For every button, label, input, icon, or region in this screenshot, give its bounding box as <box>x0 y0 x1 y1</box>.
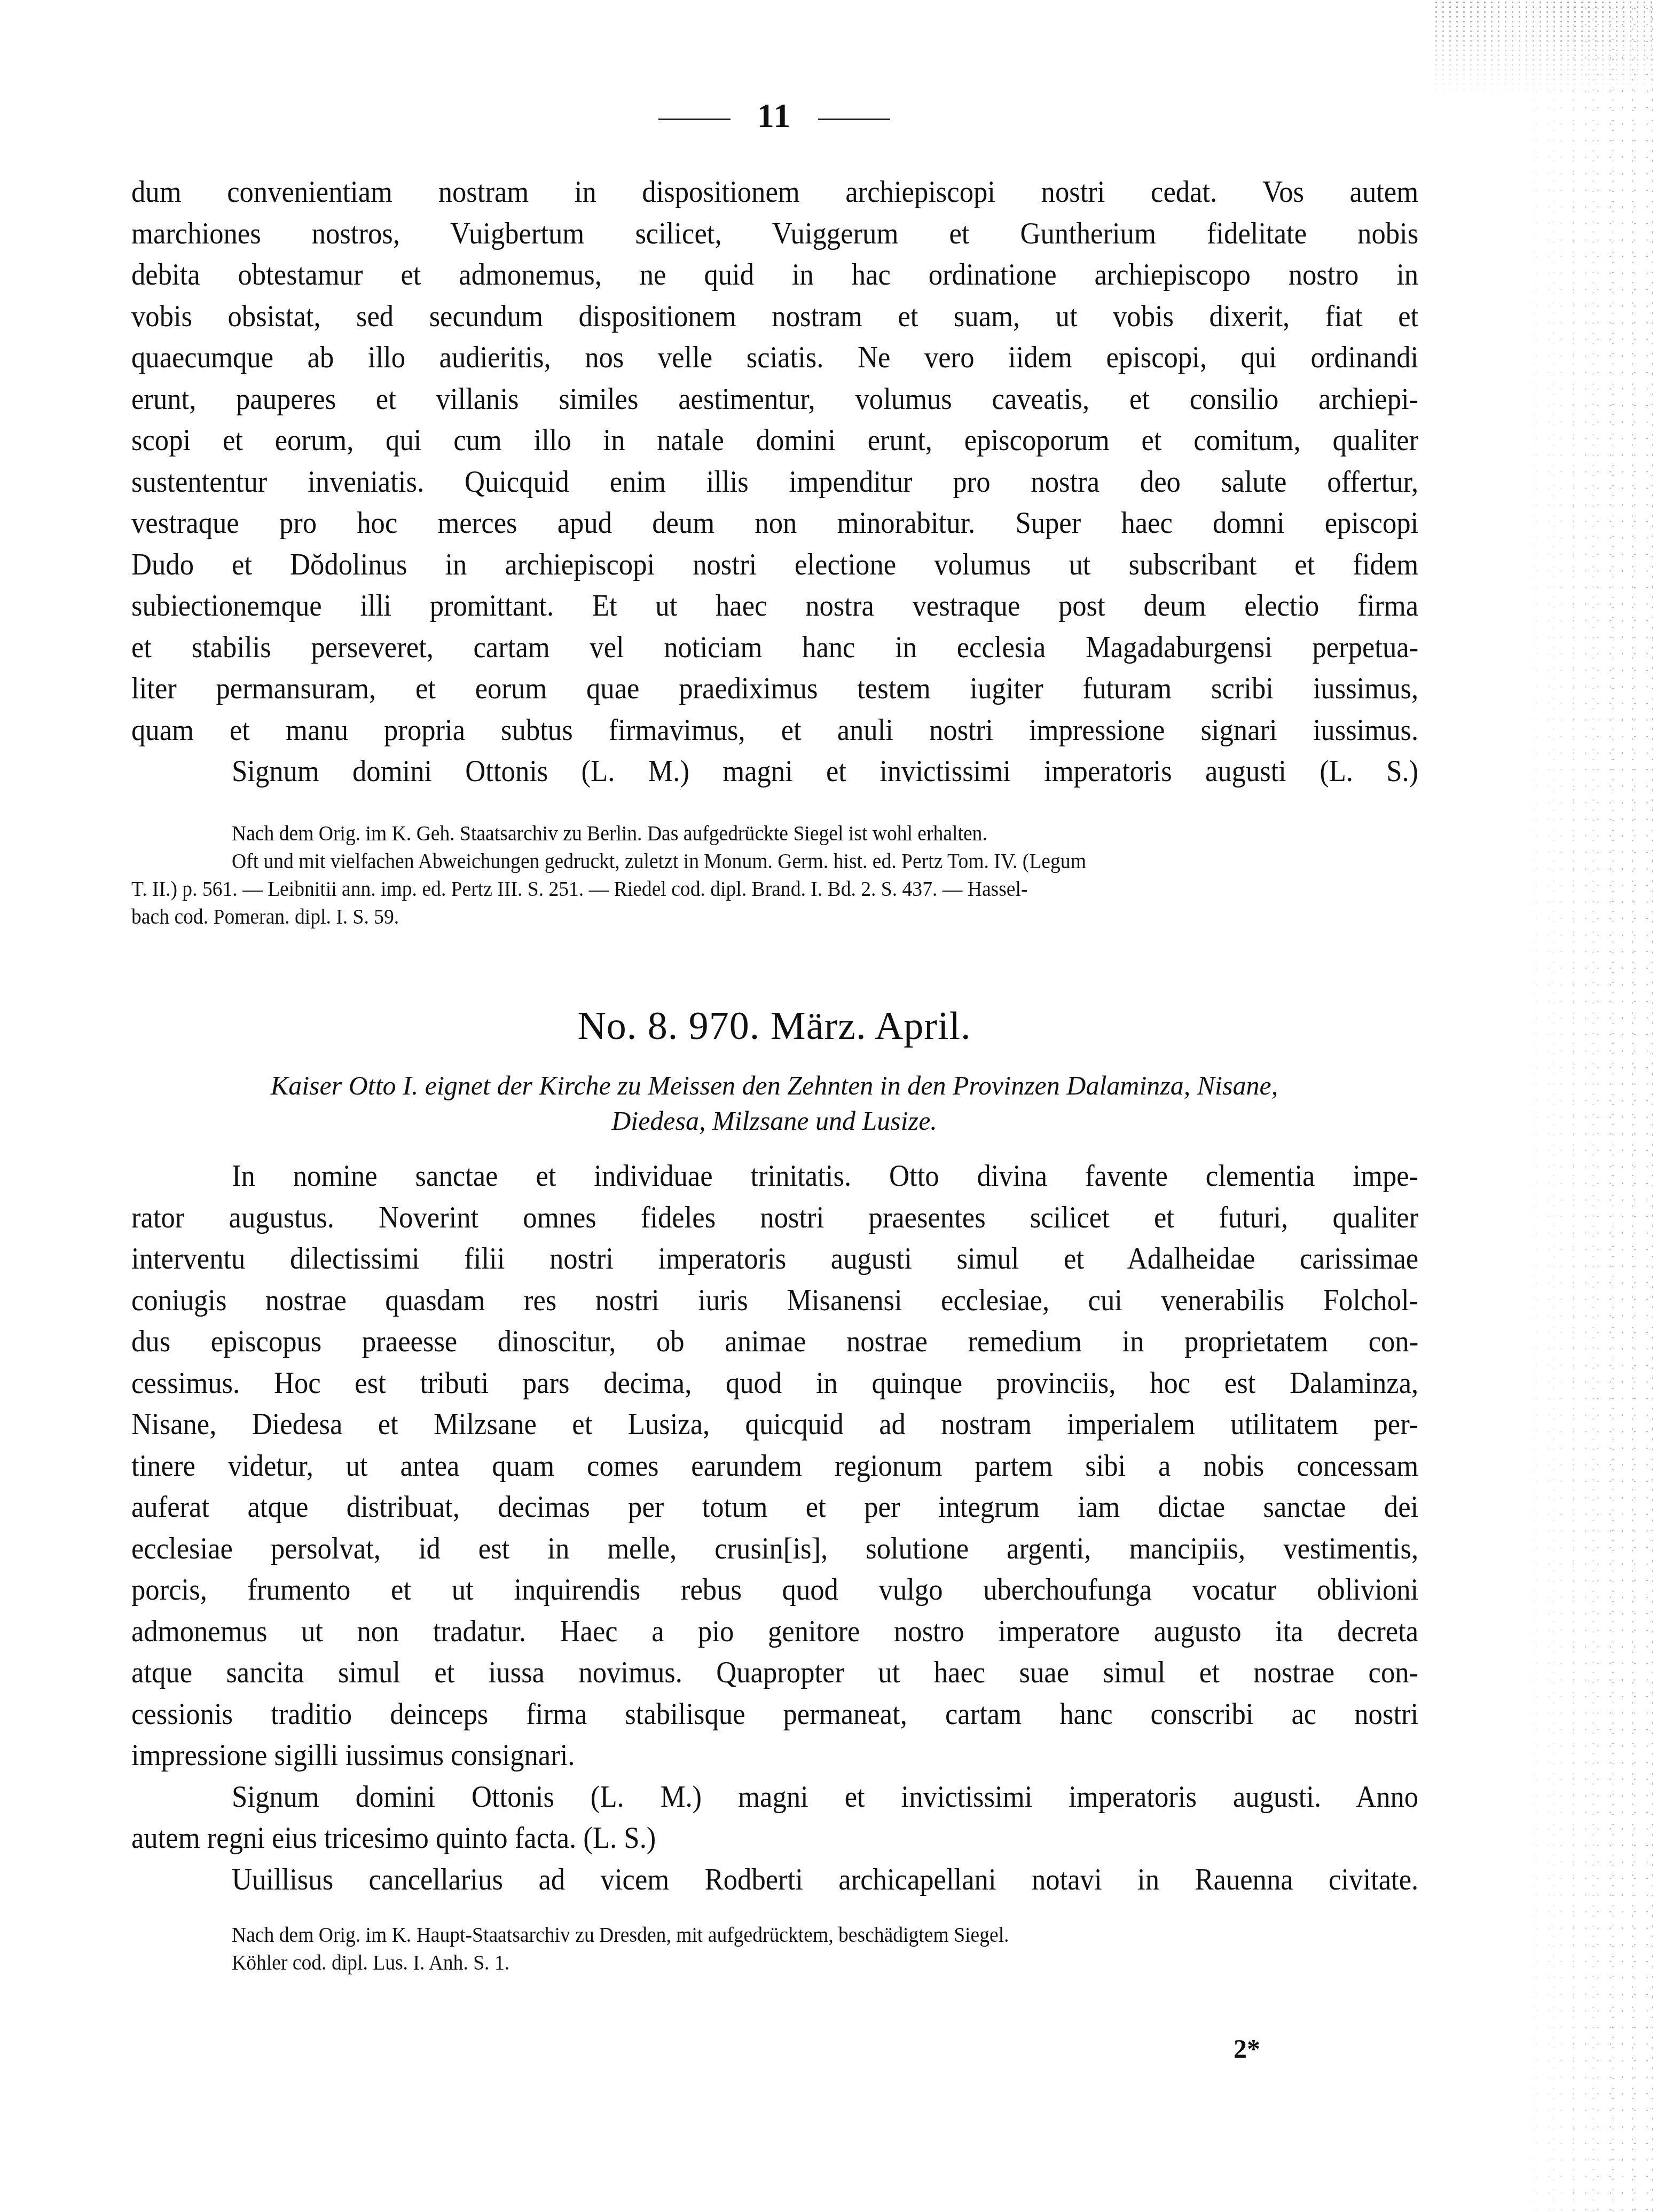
footnote-block: Nach dem Orig. im K. Geh. Staatsarchiv z… <box>131 820 1418 931</box>
document-7-footnotes: Nach dem Orig. im K. Geh. Staatsarchiv z… <box>131 820 1418 931</box>
text-line: sustententur inveniatis. Quicquid enim i… <box>131 462 1418 503</box>
document-7-body: dum convenientiam nostram in disposition… <box>131 172 1418 793</box>
text-line: admonemus ut non tradatur. Haec a pio ge… <box>131 1611 1418 1653</box>
text-line: In nomine sanctae et individuae trinitat… <box>131 1156 1418 1198</box>
scan-edge-noise <box>1518 0 1657 2212</box>
summary-line: Kaiser Otto I. eignet der Kirche zu Meis… <box>133 1068 1415 1103</box>
text-line: Nisane, Diedesa et Milzsane et Lusiza, q… <box>131 1404 1418 1446</box>
footnote-line: Köhler cod. dipl. Lus. I. Anh. S. 1. <box>131 1949 1418 1977</box>
recognition-line: Uuillisus cancellarius ad vicem Rodberti… <box>131 1860 1418 1901</box>
text-line: quaecumque ab illo audieritis, nos velle… <box>131 337 1418 379</box>
footnote-block: Nach dem Orig. im K. Haupt-Staatsarchiv … <box>131 1921 1418 1977</box>
text-line: scopi et eorum, qui cum illo in natale d… <box>131 420 1418 462</box>
document-7-text: dum convenientiam nostram in disposition… <box>131 172 1418 793</box>
text-line: quam et manu propria subtus firmavimus, … <box>131 710 1418 752</box>
footnote-line: T. II.) p. 561. — Leibnitii ann. imp. ed… <box>131 875 1418 903</box>
summary-line: Diedesa, Milzsane und Lusize. <box>133 1103 1415 1138</box>
text-line: auferat atque distribuat, decimas per to… <box>131 1487 1418 1529</box>
footnote-line: Nach dem Orig. im K. Geh. Staatsarchiv z… <box>131 820 1418 847</box>
footnote-line: Nach dem Orig. im K. Haupt-Staatsarchiv … <box>131 1921 1418 1949</box>
text-line: atque sancita simul et iussa novimus. Qu… <box>131 1652 1418 1694</box>
text-line: rator augustus. Noverint omnes fideles n… <box>131 1198 1418 1239</box>
text-line: ecclesiae persolvat, id est in melle, cr… <box>131 1529 1418 1570</box>
signum-line: Signum domini Ottonis (L. M.) magni et i… <box>131 751 1418 793</box>
text-line: Dudo et Dŏdolinus in archiepiscopi nostr… <box>131 545 1418 586</box>
page-number-dash-left <box>658 119 731 120</box>
text-line: interventu dilectissimi filii nostri imp… <box>131 1239 1418 1280</box>
page-number-dash-right <box>818 119 890 120</box>
document-8-body: In nomine sanctae et individuae trinitat… <box>131 1156 1418 1901</box>
text-line: et stabilis perseveret, cartam vel notic… <box>131 627 1418 669</box>
page-number: 11 <box>0 96 1549 136</box>
text-line: porcis, frumento et ut inquirendis rebus… <box>131 1570 1418 1611</box>
text-line: impressione sigilli iussimus consignari. <box>131 1735 1418 1777</box>
signum-line: autem regni eius tricesimo quinto facta.… <box>131 1818 1418 1860</box>
text-line: dum convenientiam nostram in disposition… <box>131 172 1418 214</box>
document-8-heading: No. 8. 970. März. April. <box>0 1004 1549 1049</box>
text-line: erunt, pauperes et villanis similes aest… <box>131 379 1418 421</box>
text-line: vestraque pro hoc merces apud deum non m… <box>131 503 1418 545</box>
document-8-footnotes: Nach dem Orig. im K. Haupt-Staatsarchiv … <box>131 1921 1418 1977</box>
document-8-summary: Kaiser Otto I. eignet der Kirche zu Meis… <box>133 1068 1415 1138</box>
signum-line: Signum domini Ottonis (L. M.) magni et i… <box>131 1777 1418 1819</box>
scan-corner-noise <box>1433 0 1657 96</box>
text-line: cessionis traditio deinceps firma stabil… <box>131 1694 1418 1736</box>
text-line: cessimus. Hoc est tributi pars decima, q… <box>131 1363 1418 1405</box>
text-line: vobis obsistat, sed secundum disposition… <box>131 296 1418 338</box>
footnote-line: Oft und mit vielfachen Abweichungen gedr… <box>131 847 1418 875</box>
text-line: tinere videtur, ut antea quam comes earu… <box>131 1446 1418 1487</box>
sheet-signature: 2* <box>1234 2033 1260 2064</box>
text-line: liter permansuram, et eorum quae praedix… <box>131 668 1418 710</box>
text-line: dus episcopus praeesse dinoscitur, ob an… <box>131 1321 1418 1363</box>
text-line: debita obtestamur et admonemus, ne quid … <box>131 255 1418 296</box>
text-line: subiectionemque illi promittant. Et ut h… <box>131 586 1418 627</box>
text-line: coniugis nostrae quasdam res nostri iuri… <box>131 1280 1418 1322</box>
page-number-text: 11 <box>757 97 791 135</box>
document-8-text: In nomine sanctae et individuae trinitat… <box>131 1156 1418 1901</box>
footnote-line: bach cod. Pomeran. dipl. I. S. 59. <box>131 903 1418 931</box>
text-line: marchiones nostros, Vuigbertum scilicet,… <box>131 214 1418 255</box>
